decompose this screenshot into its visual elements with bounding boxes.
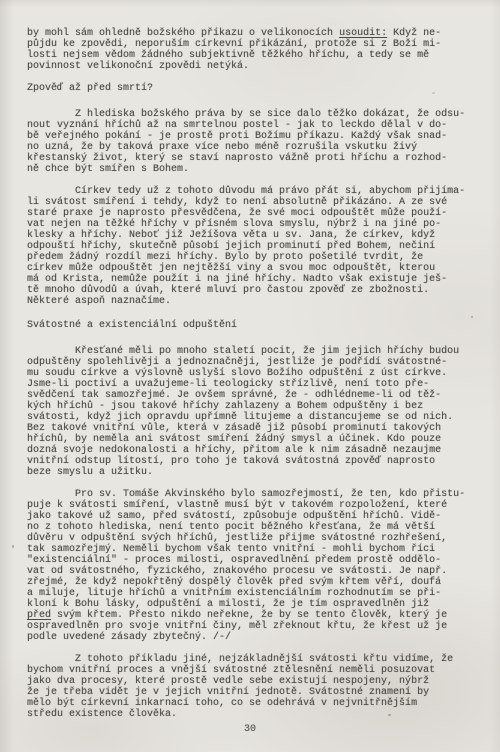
paragraph-easter-confession-continuation: by mohl sám ohledně božského příkazu o v… [27,28,473,72]
paragraph-text: Pro sv. Tomáše Akvinského bylo samozřejm… [27,489,465,610]
paragraph-divine-law: Z hlediska božského práva by se sice dal… [27,109,473,175]
paragraph-christians-felt: Křesťané měli po mnoho staletí pocit, že… [27,346,473,478]
scan-speck [12,545,14,548]
paragraph-text: by mohl sám ohledně božského příkazu o v… [27,28,339,39]
section-heading-sacramental-existential-forgiveness: Svátostné a existenciální odpuštění [27,320,473,331]
paragraph-thomas-aquinas: Pro sv. Tomáše Akvinského bylo samozřejm… [27,489,473,643]
page-number: 30 [27,724,473,735]
underlined-word: před [27,610,51,621]
paragraph-text: svým křtem. Přesto nikdo neřekne, že by … [27,610,447,643]
section-heading-confession-before-death: Zpověď až před smrtí? [27,83,473,94]
underlined-word: usoudit: [339,28,387,39]
scan-speck [388,714,391,716]
document-page: by mohl sám ohledně božského příkazu o v… [0,0,500,752]
paragraph-baptism-example: Z tohoto příkladu jiné, nejzákladnější s… [27,654,473,720]
paragraph-church-right: Církev tedy už z tohoto důvodu má právo … [27,186,473,307]
scan-speck [432,92,435,94]
